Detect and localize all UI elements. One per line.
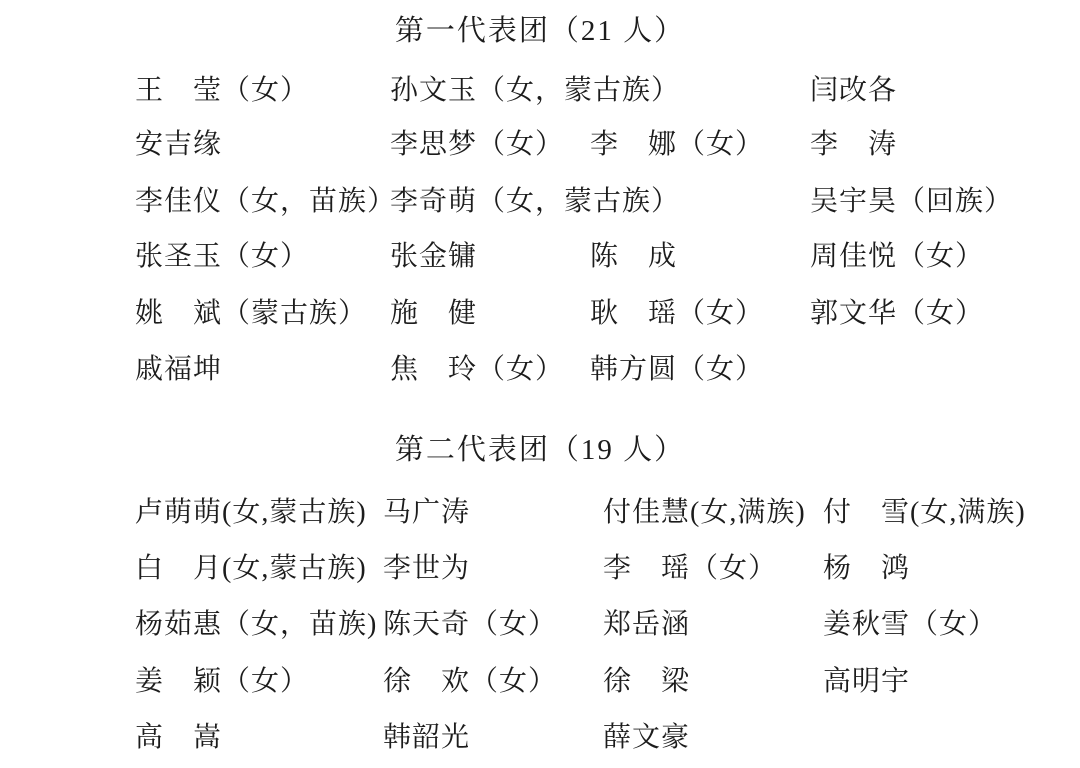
delegate-name: 陈天奇（女）	[383, 602, 557, 642]
delegate-name: 徐 梁	[603, 659, 690, 699]
delegate-name: 姚 斌（蒙古族）	[135, 291, 367, 331]
delegate-name: 韩方圆（女）	[590, 347, 764, 387]
delegate-row: 卢萌萌(女,蒙古族)马广涛付佳慧(女,满族)付 雪(女,满族)	[0, 490, 1080, 530]
delegate-name: 吴宇昊（回族）	[810, 179, 1013, 219]
delegate-name: 韩韶光	[383, 715, 470, 755]
delegate-name: 王 莹（女）	[135, 68, 309, 108]
delegate-name: 张圣玉（女）	[135, 234, 309, 274]
section-title-delegation-1: 第一代表团（21 人）	[0, 8, 1080, 49]
delegate-name: 李世为	[383, 546, 470, 586]
delegate-name: 施 健	[390, 291, 477, 331]
delegate-name: 徐 欢（女）	[383, 659, 557, 699]
delegate-row: 张圣玉（女）张金镛陈 成周佳悦（女）	[0, 234, 1080, 274]
delegate-name: 杨茹惠（女，苗族)	[135, 602, 377, 642]
delegate-name: 马广涛	[383, 490, 470, 530]
delegate-name: 陈 成	[590, 234, 677, 274]
delegate-name: 李 涛	[810, 122, 897, 162]
delegate-row: 姜 颖（女）徐 欢（女）徐 梁高明宇	[0, 659, 1080, 699]
delegate-name: 焦 玲（女）	[390, 347, 564, 387]
delegate-name: 安吉缘	[135, 122, 222, 162]
delegate-name: 郭文华（女）	[810, 291, 984, 331]
delegate-name: 姜 颖（女）	[135, 659, 309, 699]
delegate-name: 闫改各	[810, 68, 897, 108]
delegate-name: 白 月(女,蒙古族)	[135, 546, 367, 586]
delegate-row: 王 莹（女）孙文玉（女，蒙古族）闫改各	[0, 68, 1080, 108]
delegate-name: 耿 瑶（女）	[590, 291, 764, 331]
delegate-name: 薛文豪	[603, 715, 690, 755]
delegate-name: 付佳慧(女,满族)	[603, 490, 806, 530]
delegate-name: 李奇萌（女，蒙古族）	[390, 179, 680, 219]
delegate-name: 孙文玉（女，蒙古族）	[390, 68, 680, 108]
delegate-name: 张金镛	[390, 234, 477, 274]
delegate-name: 戚福坤	[135, 347, 222, 387]
delegate-name: 李思梦（女）	[390, 122, 564, 162]
delegate-name: 卢萌萌(女,蒙古族)	[135, 490, 367, 530]
delegate-row: 白 月(女,蒙古族)李世为李 瑶（女）杨 鸿	[0, 546, 1080, 586]
delegate-name: 李 娜（女）	[590, 122, 764, 162]
delegate-row: 高 嵩韩韶光薛文豪	[0, 715, 1080, 755]
delegate-row: 安吉缘李思梦（女）李 娜（女）李 涛	[0, 122, 1080, 162]
delegate-name: 高 嵩	[135, 715, 222, 755]
delegate-name: 周佳悦（女）	[810, 234, 984, 274]
delegate-row: 杨茹惠（女，苗族)陈天奇（女）郑岳涵姜秋雪（女）	[0, 602, 1080, 642]
delegate-name: 杨 鸿	[823, 546, 910, 586]
delegate-name: 姜秋雪（女）	[823, 602, 997, 642]
delegate-row: 姚 斌（蒙古族）施 健耿 瑶（女）郭文华（女）	[0, 291, 1080, 331]
section-title-delegation-2: 第二代表团（19 人）	[0, 427, 1080, 468]
delegate-row: 李佳仪（女，苗族）李奇萌（女，蒙古族）吴宇昊（回族）	[0, 179, 1080, 219]
delegate-name: 李佳仪（女，苗族）	[135, 179, 396, 219]
document-page: 第一代表团（21 人） 王 莹（女）孙文玉（女，蒙古族）闫改各安吉缘李思梦（女）…	[0, 0, 1080, 768]
delegate-name: 高明宇	[823, 659, 910, 699]
delegate-name: 付 雪(女,满族)	[823, 490, 1026, 530]
delegate-row: 戚福坤焦 玲（女）韩方圆（女）	[0, 347, 1080, 387]
delegate-name: 李 瑶（女）	[603, 546, 777, 586]
delegate-name: 郑岳涵	[603, 602, 690, 642]
